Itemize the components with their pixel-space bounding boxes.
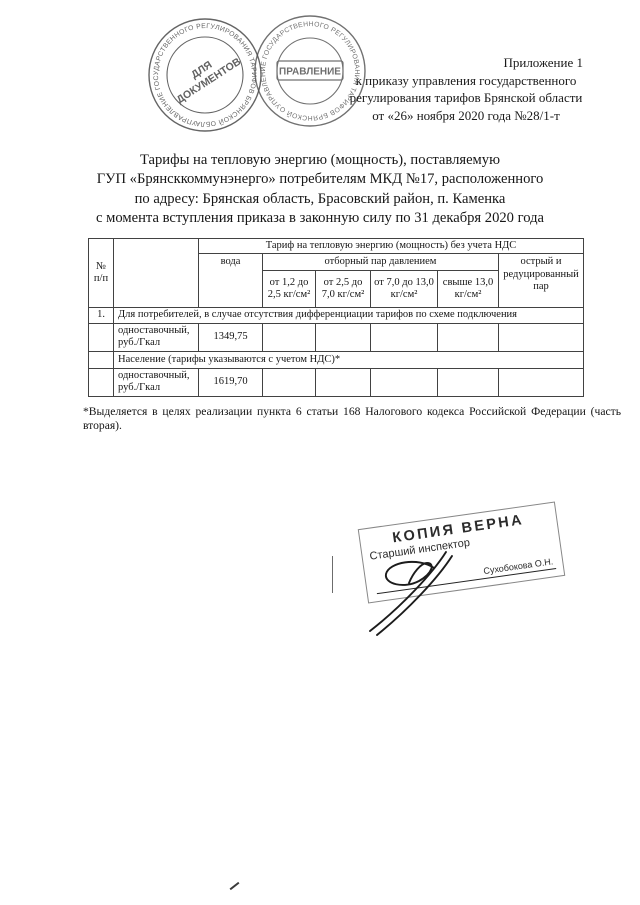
signature-loop [386,562,434,585]
appendix-reference-block: Приложение 1 к приказу управления госуда… [347,54,585,124]
empty-cell [371,323,438,351]
appendix-line: к приказу управления государственного [347,72,585,90]
empty-cell [316,323,371,351]
scan-artifact-line [332,556,333,593]
appendix-line: Приложение 1 [347,54,585,72]
signature-tail [377,556,452,635]
title-line: по адресу: Брянская область, Брасовский … [4,190,636,209]
appendix-line: регулирования тарифов Брянской области [347,89,585,107]
table-row: одноставочный, руб./Гкал 1349,75 [89,323,584,351]
tariff-type-label: одноставочный, руб./Гкал [114,323,199,351]
header-steam-group: отборный пар давлением [263,254,499,271]
empty-cell [89,351,114,368]
stamp-outer-circle [149,19,261,131]
empty-cell [263,368,316,396]
title-line: с момента вступления приказа в законную … [4,209,636,228]
title-line: ГУП «Брянсккоммунэнерго» потребителям МК… [4,170,636,189]
empty-cell [114,239,199,308]
tariff-value-water: 1619,70 [199,368,263,396]
svg-text:УПРАВЛЕНИЕ ГОСУДАРСТВЕННОГО РЕ: УПРАВЛЕНИЕ ГОСУДАРСТВЕННОГО РЕГУЛИРОВАНИ… [146,16,264,134]
empty-cell [89,323,114,351]
empty-cell [438,368,499,396]
document-title: Тарифы на тепловую энергию (мощность), п… [4,151,636,228]
round-stamp-for-documents: УПРАВЛЕНИЕ ГОСУДАРСТВЕННОГО РЕГУЛИРОВАНИ… [146,16,264,134]
signature-tail [370,552,446,631]
empty-cell [316,368,371,396]
empty-cell [499,323,584,351]
empty-cell [89,368,114,396]
table-row: одноставочный, руб./Гкал 1619,70 [89,368,584,396]
scanned-document-page: УПРАВЛЕНИЕ ГОСУДАРСТВЕННОГО РЕГУЛИРОВАНИ… [0,0,640,905]
tariff-value-water: 1349,75 [199,323,263,351]
footnote-line: вторая). [83,419,621,433]
section-label: Население (тарифы указываются с учетом Н… [114,351,584,368]
stamp-center-text: ПРАВЛЕНИЕ [279,67,341,78]
header-sharp-steam: острый и редуцированный пар [499,254,584,308]
footnote: *Выделяется в целях реализации пункта 6 … [83,405,621,433]
footnote-line: *Выделяется в целях реализации пункта 6 … [83,405,621,419]
tariff-type-label: одноставочный, руб./Гкал [114,368,199,396]
empty-cell [263,323,316,351]
header-steam-col: свыше 13,0 кг/см² [438,271,499,308]
table-row: 1. Для потребителей, в случае отсутствия… [89,308,584,323]
header-steam-col: от 7,0 до 13,0 кг/см² [371,271,438,308]
pen-tick-mark [230,882,240,890]
header-tariff-title: Тариф на тепловую энергию (мощность) без… [199,239,584,254]
row-num: 1. [89,308,114,323]
appendix-line: от «26» ноября 2020 года №28/1-т [347,107,585,125]
header-steam-col: от 2,5 до 7,0 кг/см² [316,271,371,308]
title-line: Тарифы на тепловую энергию (мощность), п… [4,151,636,170]
header-water: вода [199,254,263,308]
empty-cell [499,368,584,396]
table-row: Население (тарифы указываются с учетом Н… [89,351,584,368]
empty-cell [438,323,499,351]
tariff-table: № п/п Тариф на тепловую энергию (мощност… [88,238,584,397]
header-steam-col: от 1,2 до 2,5 кг/см² [263,271,316,308]
handwritten-signature [342,538,552,643]
empty-cell [371,368,438,396]
stamp-ring-text: УПРАВЛЕНИЕ ГОСУДАРСТВЕННОГО РЕГУЛИРОВАНИ… [146,16,264,134]
section-label: Для потребителей, в случае отсутствия ди… [114,308,584,323]
header-num: № п/п [89,239,114,308]
